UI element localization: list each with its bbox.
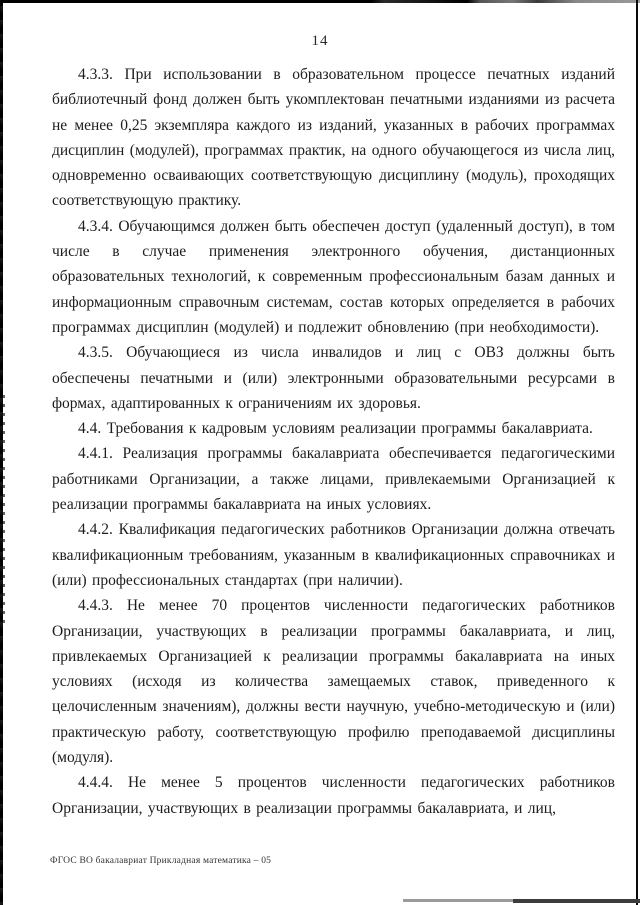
paragraph: 4.3.4. Обучающимся должен быть обеспечен… xyxy=(52,214,615,340)
paragraph: 4.4.3. Не менее 70 процентов численности… xyxy=(52,593,615,770)
paragraph: 4.4.1. Реализация программы бакалавриата… xyxy=(52,441,615,517)
paragraph: 4.4. Требования к кадровым условиям реал… xyxy=(52,416,615,441)
scan-edge-left xyxy=(0,0,3,905)
paragraph: 4.4.4. Не менее 5 процентов численности … xyxy=(52,770,615,821)
scan-edge-bottom-bar-light xyxy=(403,899,513,902)
document-body: 4.3.3. При использовании в образовательн… xyxy=(52,62,615,821)
paragraph: 4.4.2. Квалификация педагогических работ… xyxy=(52,517,615,593)
paragraph: 4.3.5. Обучающиеся из числа инвалидов и … xyxy=(52,340,615,416)
scanned-document-page: 14 4.3.3. При использовании в образовате… xyxy=(0,0,640,905)
footer-running-title: ФГОС ВО бакалавриат Прикладная математик… xyxy=(50,856,271,866)
paragraph: 4.3.3. При использовании в образовательн… xyxy=(52,62,615,214)
scan-edge-top xyxy=(0,0,640,3)
scan-edge-right xyxy=(636,0,638,905)
scan-edge-bottom-bar-dark xyxy=(513,899,640,903)
page-number: 14 xyxy=(0,33,640,50)
